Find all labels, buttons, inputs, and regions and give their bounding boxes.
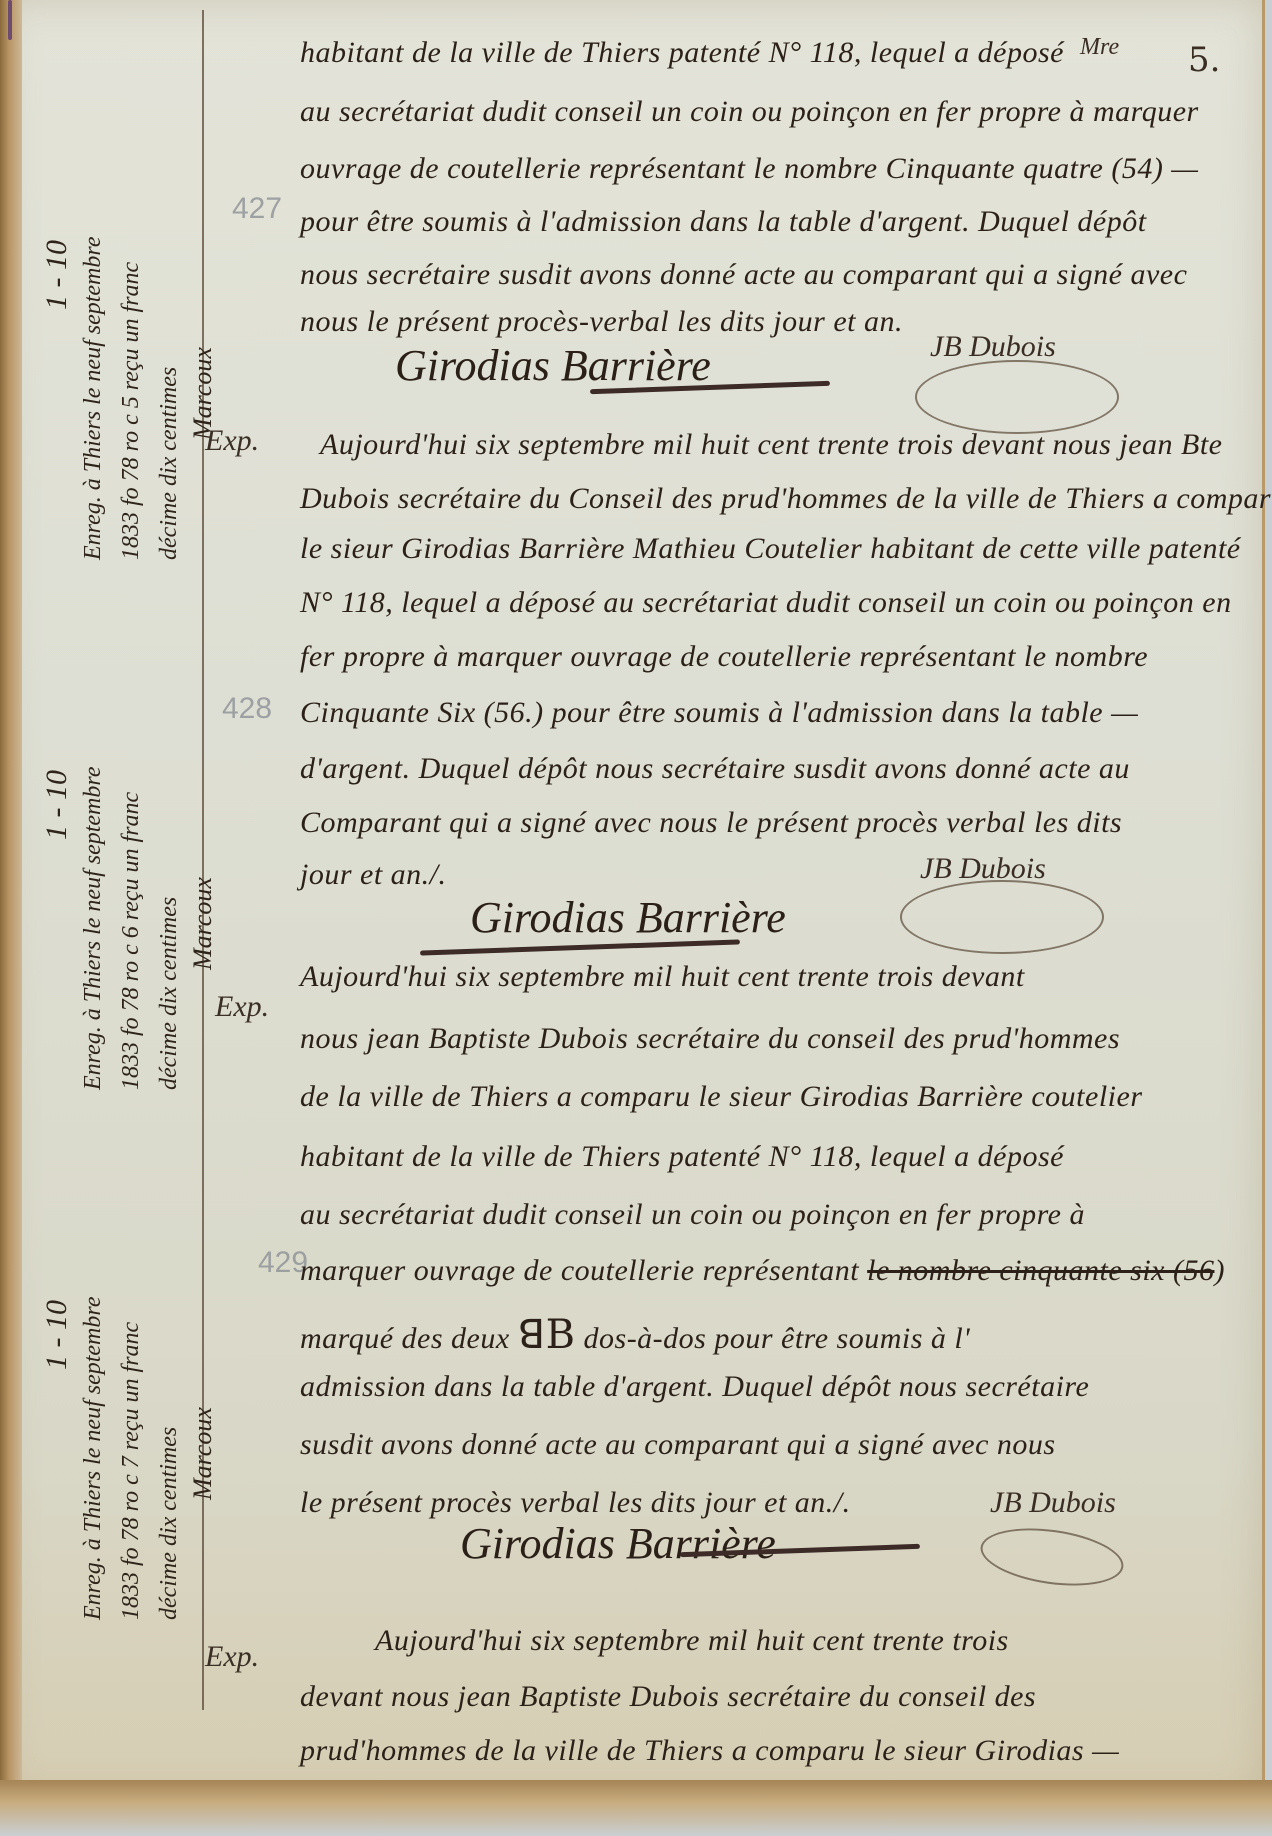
entry-line: nous jean Baptiste Dubois secrétaire du … bbox=[300, 1022, 1220, 1056]
margin-note-line: décime dix centimes bbox=[150, 570, 188, 1090]
signature-flourish bbox=[915, 360, 1119, 434]
binding-thread bbox=[8, 0, 12, 40]
entry-text: dos-à-dos pour être soumis à l' bbox=[584, 1322, 971, 1355]
entry-line: Aujourd'hui six septembre mil huit cent … bbox=[300, 960, 1220, 994]
entry-line: fer propre à marquer ouvrage de coutelle… bbox=[300, 640, 1220, 674]
entry-line: pour être soumis à l'admission dans la t… bbox=[300, 205, 1220, 239]
bb-back-to-back-mark: ꓭB bbox=[518, 1312, 576, 1358]
signature-flourish bbox=[900, 880, 1104, 954]
margin-note-line: décime dix centimes bbox=[150, 1100, 188, 1620]
entry-line: marquer ouvrage de coutellerie représent… bbox=[300, 1254, 1220, 1288]
struck-out-text: le nombre cinquante six (56 bbox=[867, 1254, 1214, 1287]
margin-note-line: 1833 fo 78 ro c 5 reçu un franc bbox=[112, 40, 150, 560]
entry-line: au secrétariat dudit conseil un coin ou … bbox=[300, 1198, 1220, 1232]
entry-line: devant nous jean Baptiste Dubois secréta… bbox=[300, 1680, 1220, 1714]
margin-note-line: Enreg. à Thiers le neuf septembre bbox=[74, 40, 112, 560]
entry-line: le sieur Girodias Barrière Mathieu Coute… bbox=[300, 532, 1220, 566]
margin-note-signature: Marcoux bbox=[188, 570, 218, 970]
fee-fraction: 1 - 10 bbox=[40, 40, 74, 310]
margin-note-signature: Marcoux bbox=[188, 1100, 218, 1500]
signature-flourish bbox=[977, 1520, 1127, 1594]
book-binding-edge bbox=[0, 0, 22, 1800]
exp-margin-label: Exp. bbox=[205, 424, 259, 458]
margin-note-line: décime dix centimes bbox=[150, 40, 188, 560]
entry-text: marqué des deux bbox=[300, 1322, 510, 1355]
entry-line: prud'hommes de la ville de Thiers a comp… bbox=[300, 1734, 1220, 1768]
entry-line: habitant de la ville de Thiers patenté N… bbox=[300, 1140, 1220, 1174]
entry-line: Cinquante Six (56.) pour être soumis à l… bbox=[300, 696, 1220, 730]
margin-note-signature: Marcoux bbox=[188, 40, 218, 440]
entry-line: marqué des deux ꓭB dos-à-dos pour être s… bbox=[300, 1312, 1220, 1358]
entry-line: susdit avons donné acte au comparant qui… bbox=[300, 1428, 1220, 1462]
entry-line: N° 118, lequel a déposé au secrétariat d… bbox=[300, 586, 1220, 620]
entry-line: jour et an./. bbox=[300, 858, 1220, 892]
entry-line: admission dans la table d'argent. Duquel… bbox=[300, 1370, 1220, 1404]
entry-line: Aujourd'hui six septembre mil huit cent … bbox=[320, 428, 1240, 462]
entry-line: Aujourd'hui six septembre mil huit cent … bbox=[375, 1624, 1272, 1658]
signature-girodias-barriere: Girodias Barrière bbox=[470, 892, 786, 943]
margin-registration-note-2: 1 - 10 Enreg. à Thiers le neuf septembre… bbox=[40, 570, 230, 1090]
margin-mark-mre: Mre bbox=[1080, 34, 1119, 61]
signature-dubois: JB Dubois bbox=[990, 1486, 1116, 1520]
signature-girodias-barriere: Girodias Barrière bbox=[395, 340, 711, 391]
margin-registration-note-1: 1 - 10 Enreg. à Thiers le neuf septembre… bbox=[40, 40, 230, 560]
margin-note-line: Enreg. à Thiers le neuf septembre bbox=[74, 570, 112, 1090]
pencil-entry-number: 428 bbox=[222, 692, 272, 726]
entry-line: Comparant qui a signé avec nous le prése… bbox=[300, 806, 1220, 840]
fee-fraction: 1 - 10 bbox=[40, 1100, 74, 1370]
manuscript-page: 5. 1 - 10 Enreg. à Thiers le neuf septem… bbox=[0, 0, 1265, 1806]
fee-fraction: 1 - 10 bbox=[40, 570, 74, 840]
entry-line: nous le présent procès-verbal les dits j… bbox=[300, 305, 1220, 339]
page-bottom-edge bbox=[0, 1780, 1272, 1836]
entry-line: de la ville de Thiers a comparu le sieur… bbox=[300, 1080, 1220, 1114]
margin-note-line: Enreg. à Thiers le neuf septembre bbox=[74, 1100, 112, 1620]
exp-margin-label: Exp. bbox=[215, 990, 269, 1024]
signature-girodias-barriere: Girodias Barrière bbox=[460, 1518, 776, 1569]
margin-registration-note-3: 1 - 10 Enreg. à Thiers le neuf septembre… bbox=[40, 1100, 230, 1620]
closing-paren: ) bbox=[1214, 1254, 1225, 1287]
entry-line: Dubois secrétaire du Conseil des prud'ho… bbox=[300, 482, 1220, 516]
entry-line: ouvrage de coutellerie représentant le n… bbox=[300, 152, 1220, 186]
entry-line: au secrétariat dudit conseil un coin ou … bbox=[300, 95, 1220, 129]
exp-margin-label: Exp. bbox=[205, 1640, 259, 1674]
signature-dubois: JB Dubois bbox=[930, 330, 1056, 364]
margin-note-line: 1833 fo 78 ro c 6 reçu un franc bbox=[112, 570, 150, 1090]
entry-text: marquer ouvrage de coutellerie représent… bbox=[300, 1254, 859, 1287]
margin-note-line: 1833 fo 78 ro c 7 reçu un franc bbox=[112, 1100, 150, 1620]
entry-line: nous secrétaire susdit avons donné acte … bbox=[300, 258, 1220, 292]
entry-line: d'argent. Duquel dépôt nous secrétaire s… bbox=[300, 752, 1220, 786]
pencil-entry-number: 427 bbox=[232, 192, 282, 226]
